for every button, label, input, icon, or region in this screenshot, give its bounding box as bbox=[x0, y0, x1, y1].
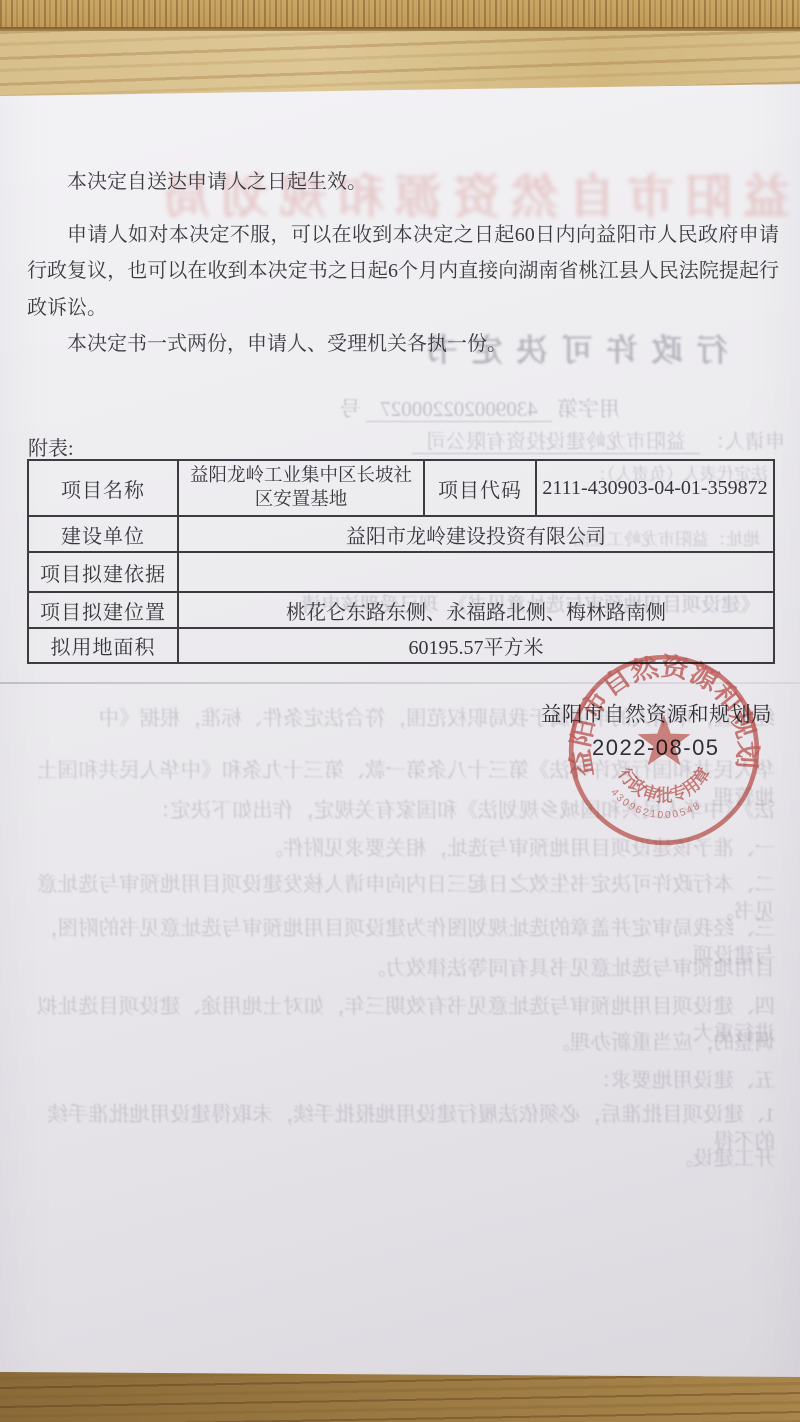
ghost-body-line: 开工建设。 bbox=[27, 1146, 775, 1173]
ghost-doc-number-suffix: 号 bbox=[340, 397, 361, 421]
cell-basis-label: 项目拟建依据 bbox=[28, 552, 178, 592]
ghost-doc-number-prefix: 用字第 bbox=[557, 397, 620, 421]
official-seal: 益阳市自然资源和规划局 行政审批专用章 4309621000548 bbox=[566, 652, 762, 848]
cell-basis-value bbox=[178, 552, 774, 592]
cell-builder-label: 建设单位 bbox=[28, 516, 178, 552]
ghost-applicant-label: 申请人： bbox=[705, 431, 785, 453]
cell-project-code-value: 2111-430903-04-01-359872 bbox=[536, 460, 774, 516]
table-row: 项目拟建位置 桃花仑东路东侧、永福路北侧、梅林路南侧 bbox=[28, 592, 774, 628]
ghost-body-line: 调整的，应当重新办理。 bbox=[27, 1030, 775, 1057]
cell-area-label: 拟用地面积 bbox=[28, 628, 178, 663]
table-row: 项目拟建依据 bbox=[28, 552, 774, 592]
cell-project-code-label: 项目代码 bbox=[424, 460, 536, 516]
ghost-doc-number-value: 430900202200027 bbox=[366, 397, 552, 422]
ghost-applicant-line: 申请人： 益阳市龙岭建设投资有限公司 bbox=[280, 429, 785, 455]
ghost-applicant-name: 益阳市龙岭建设投资有限公司 bbox=[412, 431, 700, 454]
paragraph-appeal-rights: 申请人如对本决定不服，可以在收到本决定之日起60日内向益阳市人民政府申请行政复议… bbox=[27, 217, 779, 327]
cell-location-label: 项目拟建位置 bbox=[28, 592, 178, 628]
photo-of-document: { "document": { "paragraphs": [ "本决定自送达申… bbox=[0, 0, 800, 1422]
cell-builder-value: 益阳市龙岭建设投资有限公司 bbox=[178, 516, 774, 552]
paragraph-copies: 本决定书一式两份，申请人、受理机关各执一份。 bbox=[27, 326, 779, 363]
desk-wood-top bbox=[0, 0, 800, 96]
cell-project-name-label: 项目名称 bbox=[28, 460, 178, 516]
ghost-body-line: 五、建设用地要求： bbox=[27, 1068, 775, 1095]
paragraph-effective-date: 本决定自送达申请人之日起生效。 bbox=[27, 164, 779, 201]
table-row: 项目名称 益阳龙岭工业集中区长坡社区安置基地 项目代码 2111-430903-… bbox=[28, 460, 774, 516]
desk-wood-vertical-grain bbox=[0, 0, 800, 27]
ghost-doc-number-line: 用字第 430900202200027 号 bbox=[150, 396, 620, 423]
ghost-body-line: 目用地预审与选址意见书具有同等法律效力。 bbox=[27, 956, 775, 983]
table-row: 建设单位 益阳市龙岭建设投资有限公司 bbox=[28, 516, 774, 552]
decision-paragraphs: 本决定自送达申请人之日起生效。 申请人如对本决定不服，可以在收到本决定之日起60… bbox=[27, 164, 779, 363]
document-paper: 益阳市自然资源和规划局 行政许可决定书 用字第 430900202200027 … bbox=[0, 0, 800, 1422]
cell-location-value: 桃花仑东路东侧、永福路北侧、梅林路南侧 bbox=[178, 592, 774, 628]
seal-star-icon bbox=[637, 715, 690, 765]
cell-project-name-value: 益阳龙岭工业集中区长坡社区安置基地 bbox=[178, 460, 424, 516]
attachment-label: 附表: bbox=[28, 432, 74, 461]
project-info-table: 项目名称 益阳龙岭工业集中区长坡社区安置基地 项目代码 2111-430903-… bbox=[27, 459, 775, 664]
